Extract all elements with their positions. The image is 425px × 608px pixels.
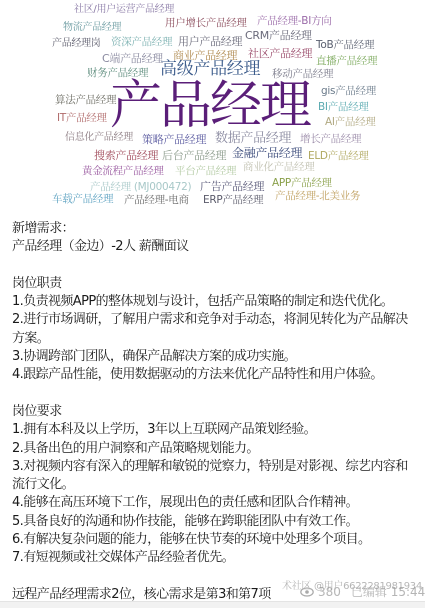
requirement-item: 5.具备良好的沟通和协作技能，能够在跨职能团队中有效工作。	[12, 513, 417, 531]
cloud-word: 金融产品经理	[232, 147, 302, 159]
cloud-word: C端产品经理	[102, 53, 163, 64]
cloud-word: 搜索产品经理	[94, 150, 158, 161]
cloud-word: 产品经理 (MJ000472)	[90, 182, 191, 193]
cloud-word: ToB产品经理	[316, 40, 374, 51]
cloud-main-word: 产品经理	[110, 80, 310, 132]
post-meta: 380 已编辑 15:44	[300, 583, 425, 600]
intro-label: 新增需求：	[12, 220, 417, 238]
cloud-word: 产品经理-BI方向	[257, 16, 331, 27]
cloud-word: 产品经理-电商	[124, 195, 189, 206]
cloud-word: IT产品经理	[57, 113, 107, 124]
cloud-word: ELD产品经理	[308, 151, 368, 162]
requirement-item: 1.拥有本科及以上学历，3年以上互联网产品策划经验。	[12, 421, 417, 439]
cloud-word: 用户产品经理	[178, 36, 242, 47]
cloud-word: 物流产品经理	[63, 23, 121, 33]
word-cloud-image: 社区/用户运营产品经理用户增长产品经理产品经理-BI方向物流产品经理CRM产品经…	[0, 0, 425, 210]
cloud-word: 直播产品经理	[316, 56, 377, 67]
cloud-word: AI产品经理	[325, 117, 375, 128]
requirements-heading: 岗位要求	[12, 403, 417, 421]
footer-divider	[0, 601, 425, 608]
cloud-word: 商业化产品经理	[243, 162, 314, 173]
cloud-word: 社区/用户运营产品经理	[74, 5, 174, 15]
requirement-item: 4.能够在高压环境下工作，展现出色的责任感和团队合作精神。	[12, 494, 417, 512]
duty-item: 3.协调跨部门团队，确保产品解决方案的成功实施。	[12, 348, 417, 366]
cloud-word: APP产品经理	[272, 178, 332, 189]
cloud-word: 算法产品经理	[55, 95, 116, 106]
eye-icon	[300, 587, 314, 597]
cloud-word: 资深产品经理	[111, 37, 172, 48]
requirement-item: 7.有短视频或社交媒体产品经验者优先。	[12, 549, 417, 567]
edited-time: 已编辑 15:44	[351, 583, 425, 600]
cloud-word: BI产品经理	[318, 102, 369, 113]
duty-item: 1.负责视频APP的整体规划与设计，包括产品策略的制定和迭代优化。	[12, 293, 417, 311]
cloud-word: 产品经理-北美业务	[275, 191, 360, 202]
cloud-word: 黄金流程产品经理	[82, 166, 164, 177]
duty-item: 2.进行市场调研，了解用户需求和竞争对手动态，将洞见转化为产品解决方案。	[12, 311, 417, 348]
cloud-word: 用户增长产品经理	[165, 18, 247, 29]
position-line: 产品经理（金边）-2人 薪酬面议	[12, 238, 417, 256]
duties-heading: 岗位职责	[12, 275, 417, 293]
requirement-item: 2.具备出色的用户洞察和产品策略规划能力。	[12, 440, 417, 458]
cloud-word: ERP产品经理	[203, 195, 263, 206]
duty-item: 4.跟踪产品性能，使用数据驱动的方法来优化产品特性和用户体验。	[12, 366, 417, 384]
requirement-item: 6.有解决复杂问题的能力，能够在快节奏的环境中处理多个项目。	[12, 531, 417, 549]
cloud-word: CRM产品经理	[245, 30, 312, 41]
cloud-word: 平台产品经理	[175, 166, 236, 177]
post-body: 新增需求： 产品经理（金边）-2人 薪酬面议 岗位职责 1.负责视频APP的整体…	[12, 220, 417, 604]
cloud-word: 车载产品经理	[52, 194, 113, 205]
cloud-word: 产品经理岗	[52, 39, 101, 49]
requirement-item: 3.对视频内容有深入的理解和敏锐的觉察力，特别是对影视、综艺内容和流行文化。	[12, 458, 417, 495]
view-count: 380	[318, 585, 341, 599]
cloud-word: 广告产品经理	[200, 181, 264, 192]
cloud-word: gis产品经理	[321, 86, 376, 97]
cloud-word: 后台产品经理	[162, 150, 226, 161]
cloud-word: 社区产品经理	[248, 48, 312, 59]
